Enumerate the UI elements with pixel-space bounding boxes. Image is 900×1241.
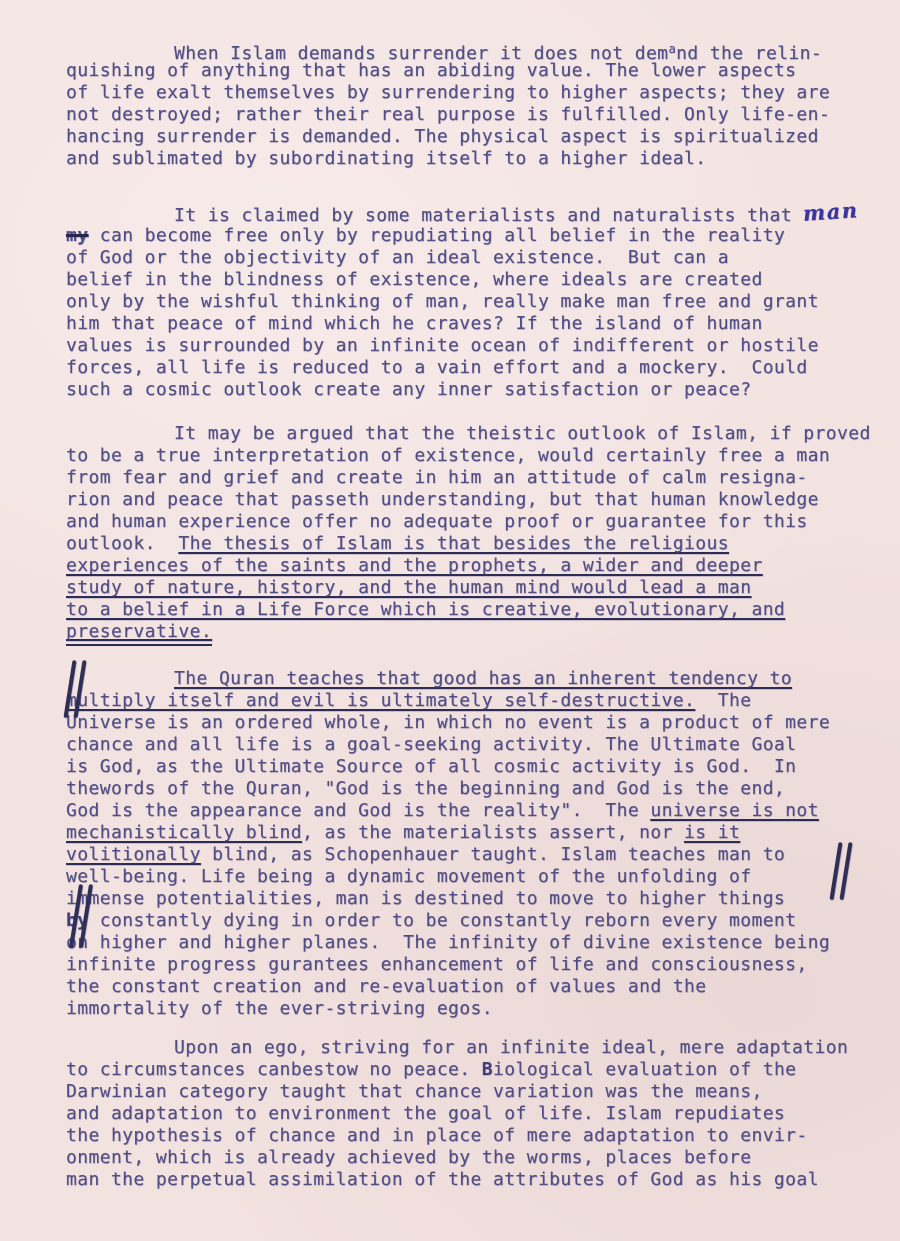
text-line: the constant creation and re-evaluation …	[66, 976, 872, 998]
text-line: When Islam demands surrender it does not…	[66, 38, 872, 60]
text-line: well-being. Life being a dynamic movemen…	[66, 866, 872, 888]
text-line: man the perpetual assimilation of the at…	[66, 1169, 872, 1191]
scanned-page: When Islam demands surrender it does not…	[0, 0, 900, 1241]
text-line: immense potentialities, man is destined …	[66, 888, 872, 910]
text-line: experiences of the saints and the prophe…	[66, 555, 872, 577]
text-line: only by the wishful thinking of man, rea…	[66, 291, 872, 313]
text-line: multiply itself and evil is ultimately s…	[66, 690, 872, 712]
text-line: forces, all life is reduced to a vain ef…	[66, 357, 872, 379]
text-line: to a belief in a Life Force which is cre…	[66, 599, 872, 621]
handwritten-word: man	[802, 199, 859, 225]
paragraph: When Islam demands surrender it does not…	[66, 38, 872, 170]
text-line: thewords of the Quran, "God is the begin…	[66, 778, 872, 800]
text-line: onment, which is already achieved by the…	[66, 1147, 872, 1169]
paragraph: Upon an ego, striving for an infinite id…	[66, 1037, 872, 1191]
text-line: chance and all life is a goal-seeking ac…	[66, 734, 872, 756]
text-line: not destroyed; rather their real purpose…	[66, 104, 872, 126]
text-line: and sublimated by subordinating itself t…	[66, 148, 872, 170]
text-line: mechanistically blind, as the materialis…	[66, 822, 872, 844]
text-line: to be a true interpretation of existence…	[66, 445, 872, 467]
text-line: God is the appearance and God is the rea…	[66, 800, 872, 822]
text-line: quishing of anything that has an abiding…	[66, 60, 872, 82]
text-line: belief in the blindness of existence, wh…	[66, 269, 872, 291]
text-line: The Quran teaches that good has an inher…	[66, 668, 872, 690]
text-line: It may be argued that the theistic outlo…	[66, 423, 872, 445]
text-line: the hypothesis of chance and in place of…	[66, 1125, 872, 1147]
text-line: rion and peace that passeth understandin…	[66, 489, 872, 511]
text-line: volitionally blind, as Schopenhauer taug…	[66, 844, 872, 866]
text-line: my can become free only by repudiating a…	[66, 225, 872, 247]
text-line: It is claimed by some materialists and n…	[66, 203, 872, 225]
text-line: infinite progress gurantees enhancement …	[66, 954, 872, 976]
text-line: hancing surrender is demanded. The physi…	[66, 126, 872, 148]
text-line: and adaptation to environment the goal o…	[66, 1103, 872, 1125]
text-line: of God or the objectivity of an ideal ex…	[66, 247, 872, 269]
text-line: on higher and higher planes. The infinit…	[66, 932, 872, 954]
paragraph: The Quran teaches that good has an inher…	[66, 668, 872, 1020]
text-line: such a cosmic outlook create any inner s…	[66, 379, 872, 401]
text-line: by constantly dying in order to be const…	[66, 910, 872, 932]
text-line: him that peace of mind which he craves? …	[66, 313, 872, 335]
text-line: values is surrounded by an infinite ocea…	[66, 335, 872, 357]
text-line: study of nature, history, and the human …	[66, 577, 872, 599]
text-line: of life exalt themselves by surrendering…	[66, 82, 872, 104]
paragraph: It is claimed by some materialists and n…	[66, 203, 872, 401]
text-line: preservative.	[66, 621, 872, 643]
text-line: is God, as the Ultimate Source of all co…	[66, 756, 872, 778]
text-line: immortality of the ever-striving egos.	[66, 998, 872, 1020]
text-line: and human experience offer no adequate p…	[66, 511, 872, 533]
text-line: to circumstances canbestow no peace. Bio…	[66, 1059, 872, 1081]
text-line: from fear and grief and create in him an…	[66, 467, 872, 489]
text-line: Universe is an ordered whole, in which n…	[66, 712, 872, 734]
text-line: Darwinian category taught that chance va…	[66, 1081, 872, 1103]
paragraph: It may be argued that the theistic outlo…	[66, 423, 872, 643]
typewritten-text-block: When Islam demands surrender it does not…	[66, 38, 872, 1191]
text-line: Upon an ego, striving for an infinite id…	[66, 1037, 872, 1059]
text-line: outlook. The thesis of Islam is that bes…	[66, 533, 872, 555]
